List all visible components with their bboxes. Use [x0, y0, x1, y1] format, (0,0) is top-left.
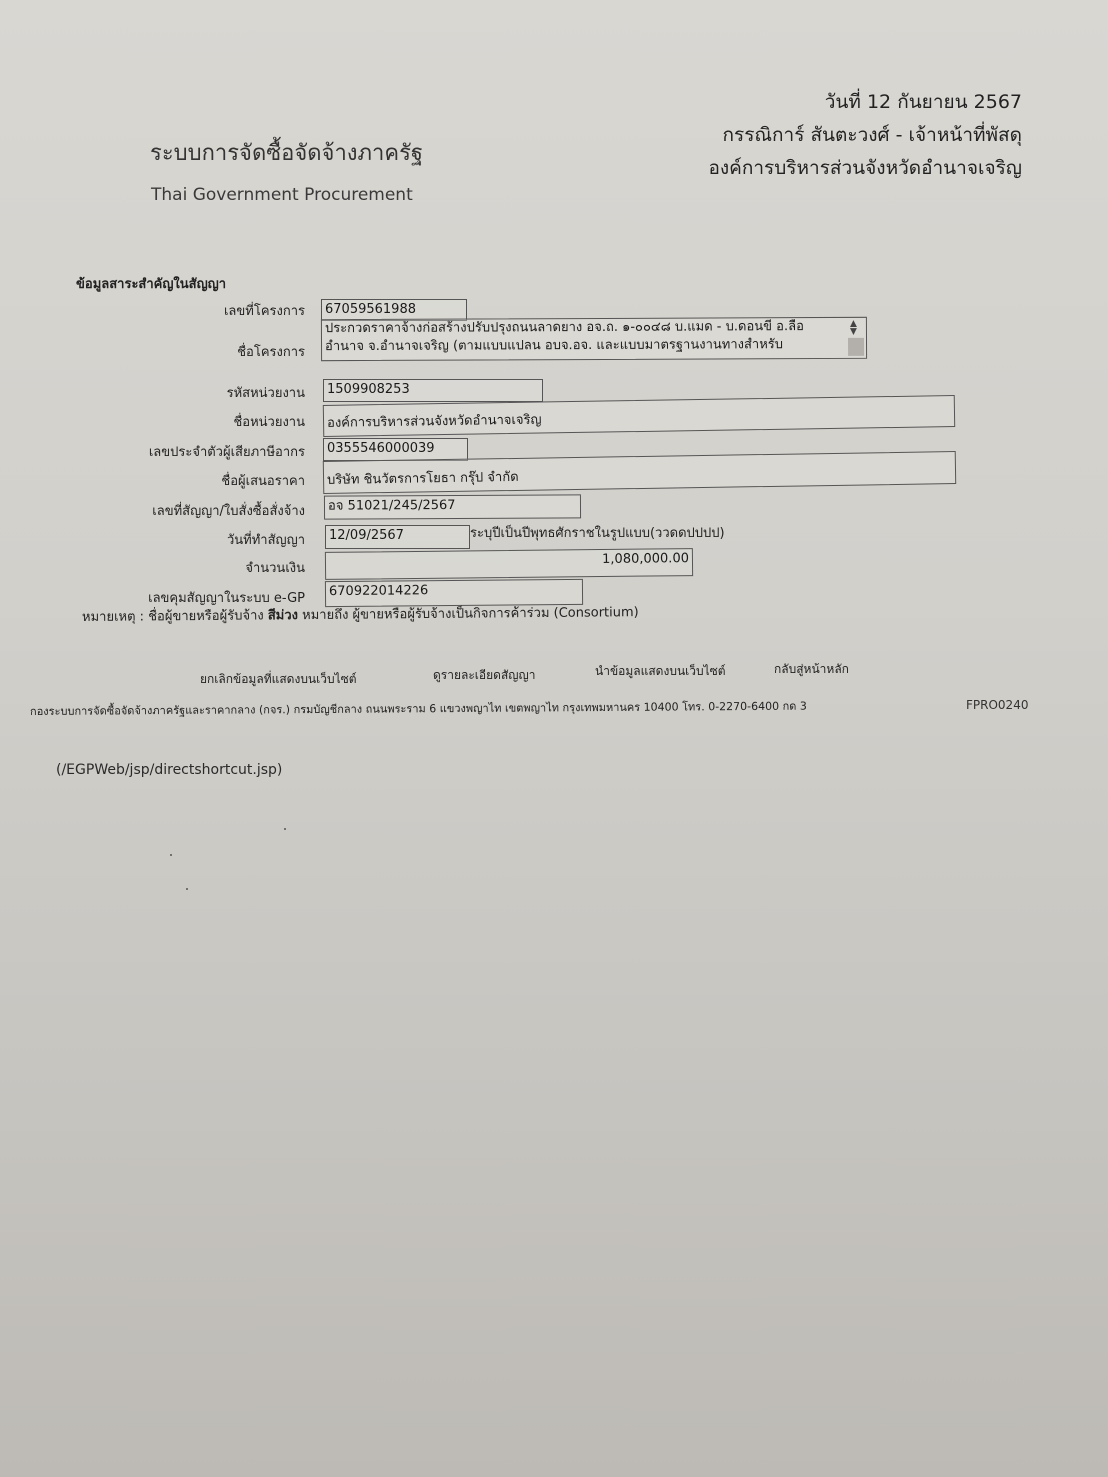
- consortium-note: หมายเหตุ : ชื่อผู้ขายหรือผู้รับจ้าง สีม่…: [82, 601, 639, 627]
- system-title-english: Thai Government Procurement: [151, 185, 413, 205]
- paper-speck: [284, 828, 286, 830]
- organization-name: องค์การบริหารส่วนจังหวัดอำนาจเจริญ: [708, 152, 1022, 185]
- contract-number-field[interactable]: อจ 51021/245/2567: [324, 494, 581, 519]
- tax-id-field[interactable]: 0355546000039: [323, 438, 468, 461]
- print-date: วันที่ 12 กันยายน 2567: [708, 86, 1022, 119]
- textarea-scrollbar[interactable]: ▲▼: [846, 320, 864, 356]
- view-contract-link[interactable]: ดูรายละเอียดสัญญา: [433, 666, 535, 685]
- form-code: FPRO0240: [966, 698, 1028, 712]
- amount-field[interactable]: 1,080,000.00: [325, 548, 693, 580]
- cancel-display-link[interactable]: ยกเลิกข้อมูลที่แสดงบนเว็บไซต์: [200, 670, 357, 689]
- agency-code-field[interactable]: 1509908253: [323, 379, 543, 402]
- date-format-hint: ระบุปีเป็นปีพุทธศักราชในรูปแบบ(ววดดปปปป): [470, 522, 725, 543]
- paper-speck: [186, 888, 188, 890]
- paper-speck: [170, 854, 172, 856]
- back-home-link[interactable]: กลับสู่หน้าหลัก: [774, 660, 849, 679]
- contract-date-field[interactable]: 12/09/2567: [325, 525, 470, 549]
- purple-keyword: สีม่วง: [268, 608, 298, 623]
- scroll-thumb[interactable]: [848, 338, 864, 356]
- publish-link[interactable]: นำข้อมูลแสดงบนเว็บไซต์: [595, 662, 726, 681]
- officer-name: กรรณิการ์ สันตะวงศ์ - เจ้าหน้าที่พัสดุ: [708, 119, 1022, 152]
- section-title: ข้อมูลสาระสำคัญในสัญญา: [76, 273, 226, 294]
- project-name-textarea[interactable]: ประกวดราคาจ้างก่อสร้างปรับปรุงถนนลาดยาง …: [321, 317, 867, 361]
- footer-address: กองระบบการจัดซื้อจัดจ้างภาครัฐและราคากลา…: [30, 697, 807, 720]
- scroll-updown-icon[interactable]: ▲▼: [850, 320, 857, 336]
- system-title-thai: ระบบการจัดซื้อจัดจ้างภาครัฐ: [150, 135, 423, 170]
- print-header: วันที่ 12 กันยายน 2567 กรรณิการ์ สันตะวง…: [708, 86, 1022, 185]
- page-url: (/EGPWeb/jsp/directshortcut.jsp): [56, 762, 282, 778]
- project-name-text: ประกวดราคาจ้างก่อสร้างปรับปรุงถนนลาดยาง …: [325, 319, 804, 354]
